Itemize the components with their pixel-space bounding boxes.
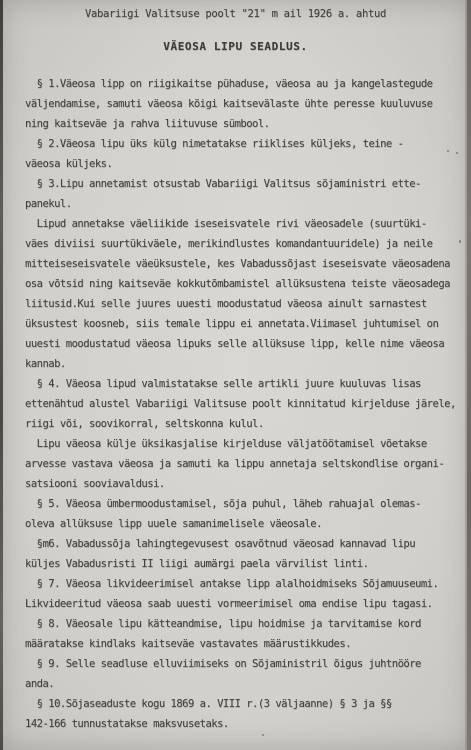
scanned-document-page: Vabariigi Valitsuse poolt "21" m ail 192… (0, 0, 471, 750)
paragraph-3: § 3.Lipu annetamist otsustab Vabariigi V… (25, 174, 459, 214)
document-header-line: Vabariigi Valitsuse poolt "21" m ail 192… (0, 8, 471, 20)
text-line: väes diviisi suurtükiväele, merikindlust… (25, 234, 459, 254)
text-line: § 10.Sõjaseaduste kogu 1869 a. VIII r.(3… (25, 694, 459, 714)
paragraph-7: § 5. Väeosa ümbermoodustamisel, sõja puh… (25, 494, 459, 534)
paragraph-12: § 10.Sõjaseaduste kogu 1869 a. VIII r.(3… (25, 694, 459, 734)
text-line: üksustest koosneb, siis temale lippu ei … (25, 314, 459, 334)
text-line: arvesse vastava väeosa ja samuti ka lipp… (25, 454, 459, 474)
text-line: Lipu väeosa külje üksikasjalise kirjeldu… (25, 434, 459, 454)
text-line: Likvideeritud väeosa saab uuesti vormeer… (25, 594, 459, 614)
scan-edge-right (467, 0, 471, 750)
text-line: uuesti moodustatud väeosa lipuks selle a… (25, 334, 459, 354)
text-line: väeosa küljeks. (25, 154, 459, 174)
paragraph-2: § 2.Väeosa lipu üks külg nimetatakse rii… (25, 134, 459, 174)
text-line: § 5. Väeosa ümbermoodustamisel, sõja puh… (25, 494, 459, 514)
text-line: § 7. Väeosa likvideerimisel antakse lipp… (25, 574, 459, 594)
text-line: satsiooni sooviavaldusi. (25, 474, 459, 494)
text-line: § 2.Väeosa lipu üks külg nimetatakse rii… (25, 134, 459, 154)
text-line: küljes Vabadusristi II liigi aumärgi pae… (25, 554, 459, 574)
paper-speck (262, 734, 264, 736)
paragraph-6: Lipu väeosa külje üksikasjalise kirjeldu… (25, 434, 459, 494)
text-line: § 8. Väeosale lipu kätteandmise, lipu ho… (25, 614, 459, 634)
text-line: § 9. Selle seadluse elluviimiseks on Sõj… (25, 654, 459, 674)
text-line: 142-166 tunnustatakse maksvusetaks. (25, 714, 459, 734)
text-line: kannab. (25, 354, 459, 374)
text-line: panekul. (25, 194, 459, 214)
text-line: osa võtsid ning kaitseväe kokkutõmbamist… (25, 274, 459, 294)
paragraph-11: § 9. Selle seadluse elluviimiseks on Sõj… (25, 654, 459, 694)
text-line: § 4. Väeosa lipud valmistatakse selle ar… (25, 374, 459, 394)
paragraph-10: § 8. Väeosale lipu kätteandmise, lipu ho… (25, 614, 459, 654)
text-line: määratakse kindlaks kaitseväe vastavates… (25, 634, 459, 654)
paragraph-9: § 7. Väeosa likvideerimisel antakse lipp… (25, 574, 459, 614)
paragraph-4: Lipud annetakse väeliikide iseseisvatele… (25, 214, 459, 374)
document-title: VÄEOSA LIPU SEADLUS. (0, 40, 471, 53)
scan-edge-left (0, 0, 3, 750)
text-line: § 1.Väeosa lipp on riigikaitse pühaduse,… (25, 74, 459, 94)
paragraph-8: §m6. Vabadussõja lahingtegevusest osavõt… (25, 534, 459, 574)
document-body: § 1.Väeosa lipp on riigikaitse pühaduse,… (25, 74, 459, 734)
text-line: Lipud annetakse väeliikide iseseisvatele… (25, 214, 459, 234)
paragraph-1: § 1.Väeosa lipp on riigikaitse pühaduse,… (25, 74, 459, 134)
paragraph-5: § 4. Väeosa lipud valmistatakse selle ar… (25, 374, 459, 434)
text-line: mitteiseseisvatele väeüksustele, kes Vab… (25, 254, 459, 274)
text-line: riigi või, soovikorral, seltskonna kulul… (25, 414, 459, 434)
text-line: liitusid.Kui selle juures uuesti moodust… (25, 294, 459, 314)
text-line: ning kaitseväe ja rahva liituvuse sümboo… (25, 114, 459, 134)
text-line: § 3.Lipu annetamist otsustab Vabariigi V… (25, 174, 459, 194)
text-line: ettenähtud alustel Vabariigi Valitsuse p… (25, 394, 459, 414)
paper-speck (459, 240, 461, 243)
text-line: oleva allüksuse lipp uuele samanimelisel… (25, 514, 459, 534)
text-line: väljendamise, samuti väeosa kõigi kaitse… (25, 94, 459, 114)
text-line: §m6. Vabadussõja lahingtegevusest osavõt… (25, 534, 459, 554)
text-line: anda. (25, 674, 459, 694)
